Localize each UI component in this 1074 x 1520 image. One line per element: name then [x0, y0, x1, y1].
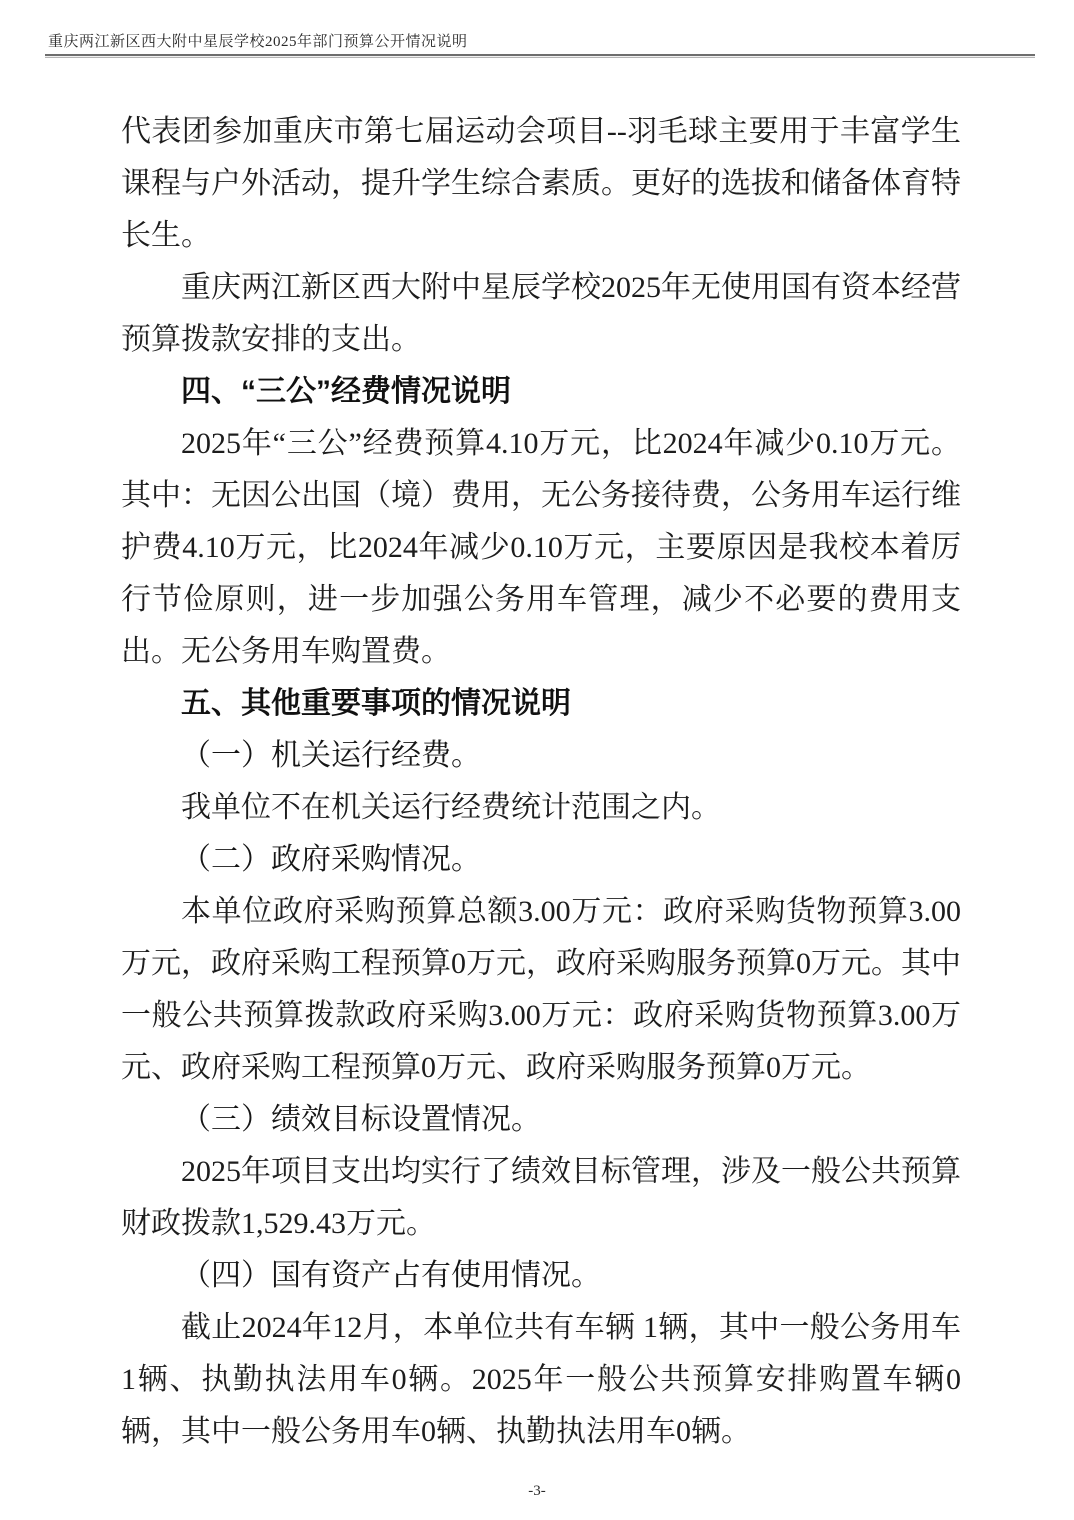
section-heading-five-other-matters: 五、其他重要事项的情况说明: [121, 678, 961, 730]
subheading-one-operating-expense: （一）机关运行经费。: [121, 730, 961, 782]
paragraph-state-capital-budget: 重庆两江新区西大附中星辰学校2025年无使用国有资本经营预算拨款安排的支出。: [121, 262, 961, 366]
document-body: 代表团参加重庆市第七届运动会项目--羽毛球主要用于丰富学生课程与户外活动，提升学…: [121, 106, 961, 1458]
header-divider-rule: [45, 54, 1035, 58]
subheading-three-performance-targets: （三）绩效目标设置情况。: [121, 1094, 961, 1146]
paragraph-operating-expense-statement: 我单位不在机关运行经费统计范围之内。: [121, 782, 961, 834]
paragraph-sports-program-continuation: 代表团参加重庆市第七届运动会项目--羽毛球主要用于丰富学生课程与户外活动，提升学…: [121, 106, 961, 262]
paragraph-state-assets-vehicles: 截止2024年12月，本单位共有车辆 1辆，其中一般公务用车1辆、执勤执法用车0…: [121, 1302, 961, 1458]
paragraph-performance-target-details: 2025年项目支出均实行了绩效目标管理，涉及一般公共预算财政拨款1,529.43…: [121, 1146, 961, 1250]
subheading-four-state-assets: （四）国有资产占有使用情况。: [121, 1250, 961, 1302]
page-header-title: 重庆两江新区西大附中星辰学校2025年部门预算公开情况说明: [48, 30, 1034, 51]
subheading-two-government-procurement: （二）政府采购情况。: [121, 834, 961, 886]
section-heading-four-sangong: 四、“三公”经费情况说明: [121, 366, 961, 418]
paragraph-government-procurement-details: 本单位政府采购预算总额3.00万元：政府采购货物预算3.00万元，政府采购工程预…: [121, 886, 961, 1094]
paragraph-sangong-expense-details: 2025年“三公”经费预算4.10万元，比2024年减少0.10万元。其中：无因…: [121, 418, 961, 678]
page-number: -3-: [0, 1483, 1074, 1500]
document-page: 重庆两江新区西大附中星辰学校2025年部门预算公开情况说明 代表团参加重庆市第七…: [0, 0, 1074, 1520]
